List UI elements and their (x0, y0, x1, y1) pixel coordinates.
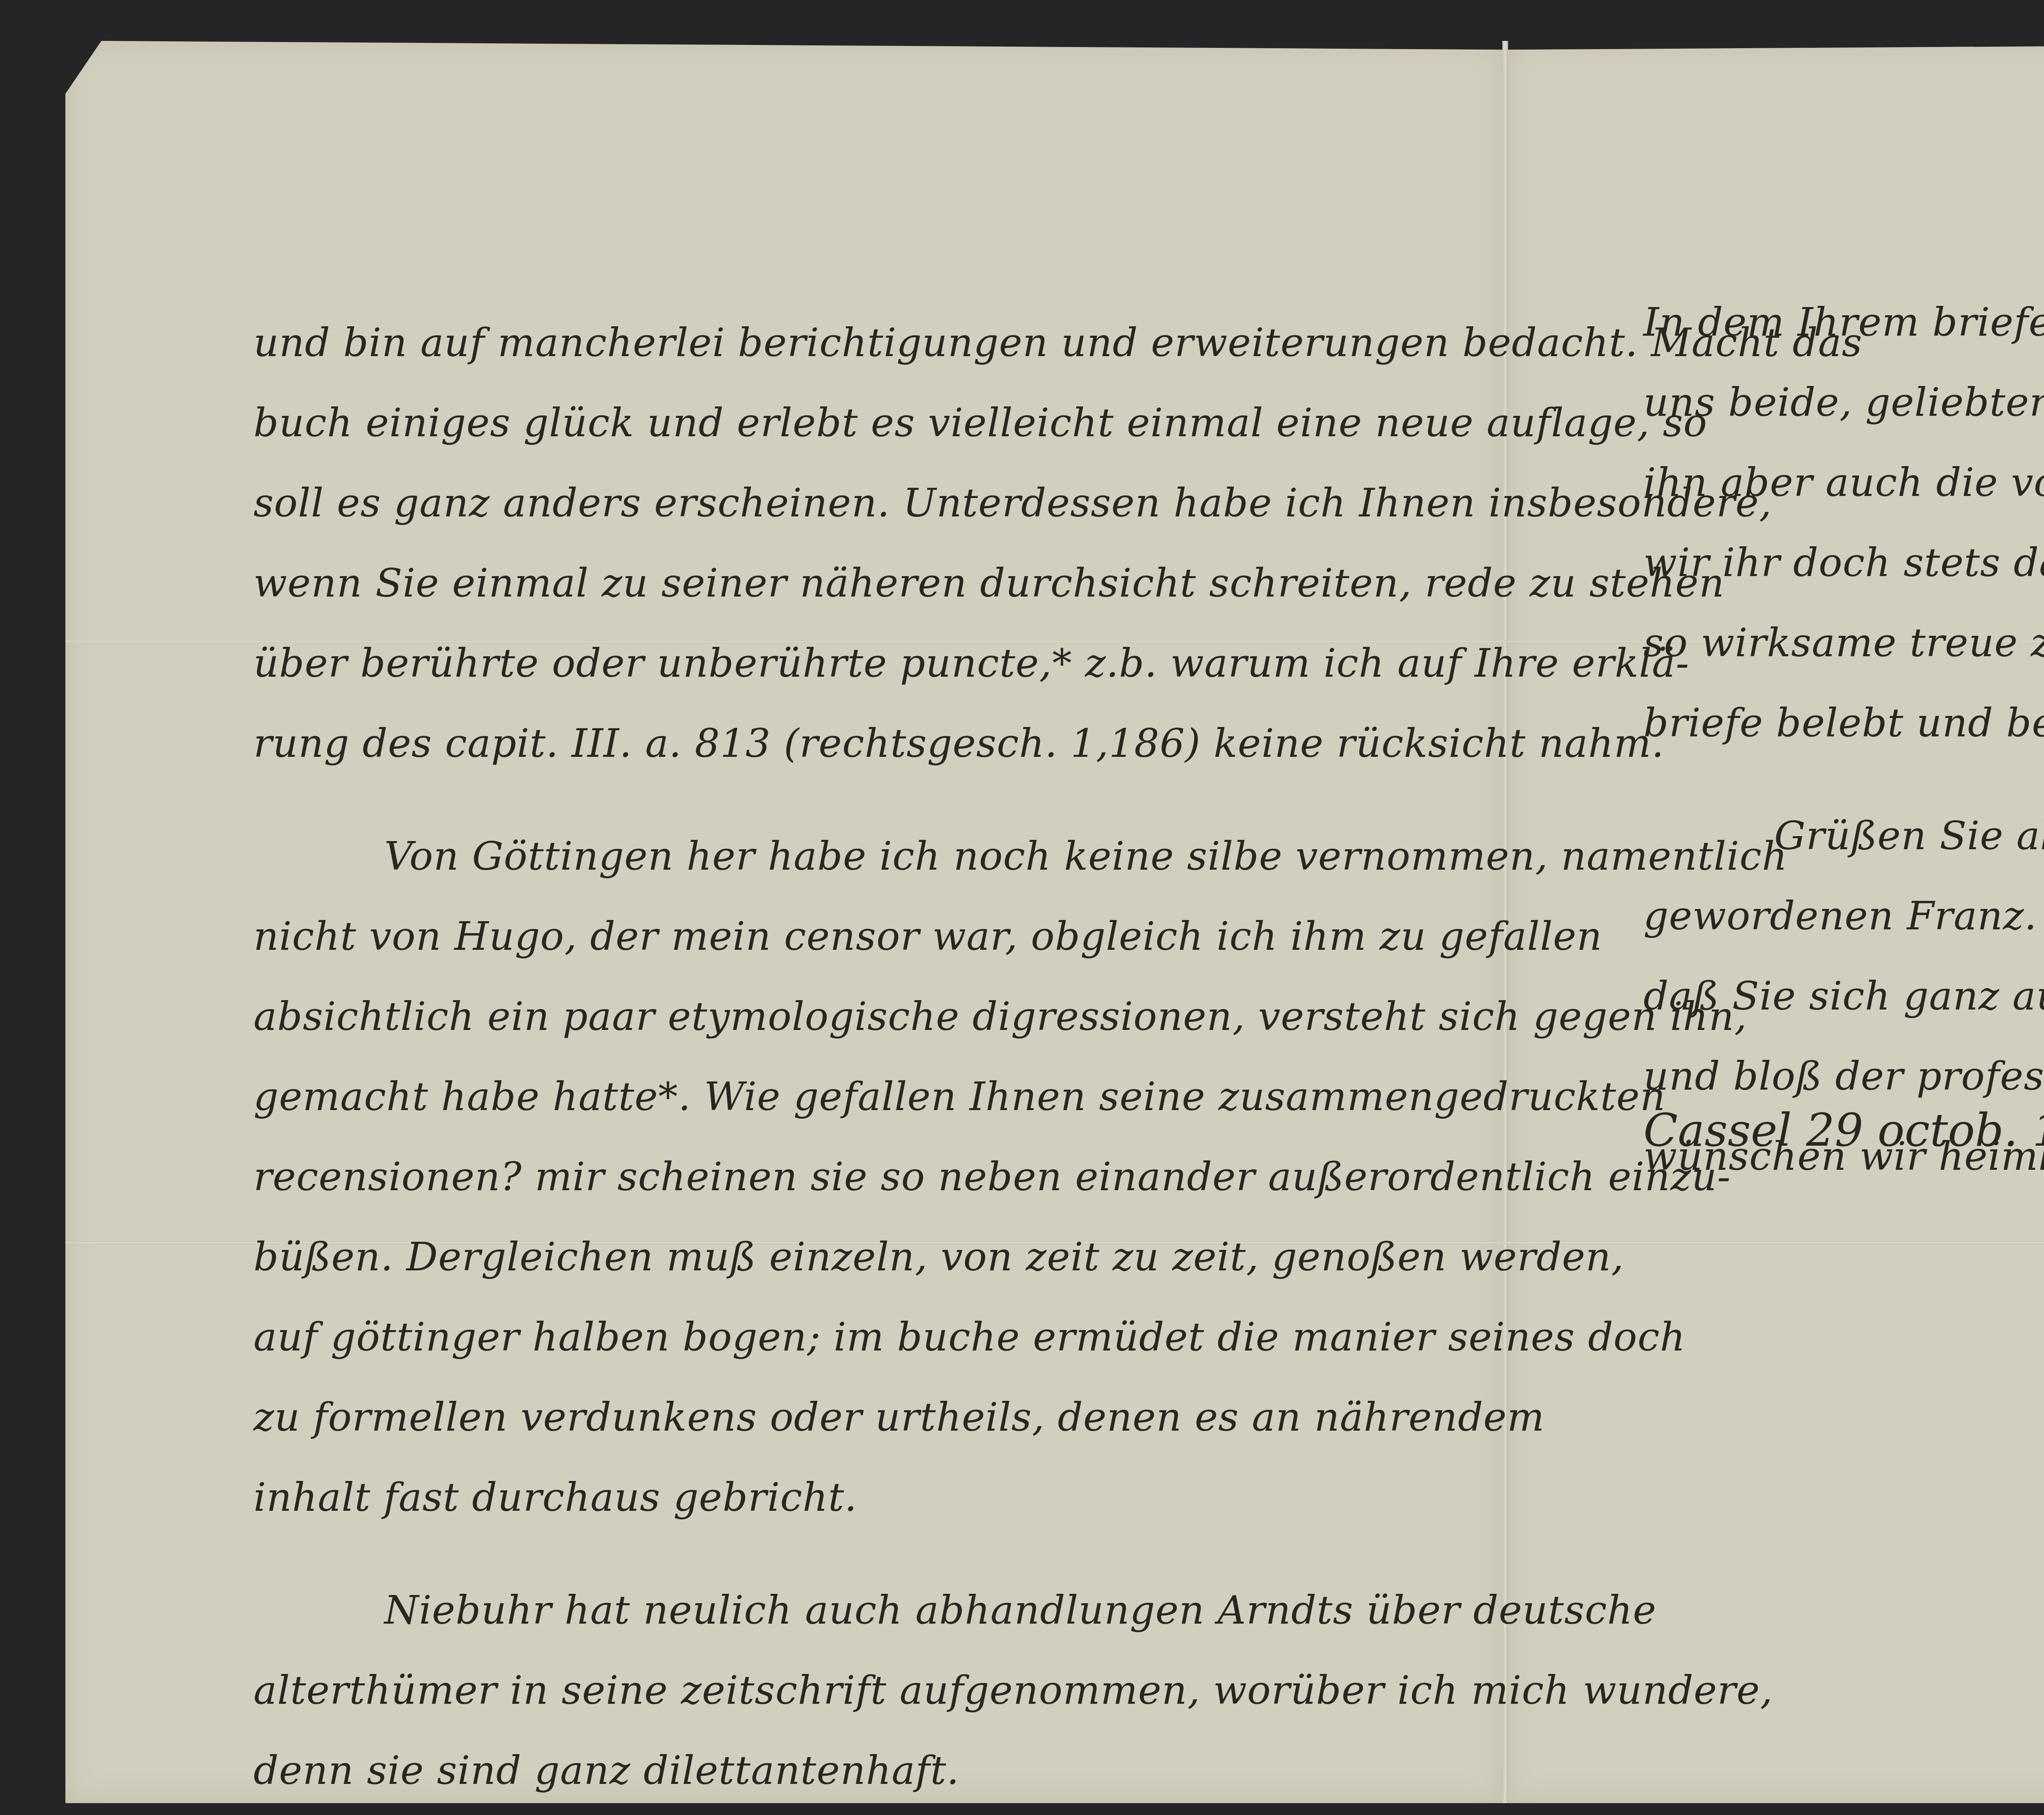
text-line: gemacht habe hatte*. Wie gefallen Ihnen … (253, 1057, 1480, 1137)
paragraph-2: Von Göttingen her habe ich noch keine si… (253, 816, 1480, 1537)
text-line: nicht von Hugo, der mein censor war, obg… (253, 896, 1480, 976)
text-line: uns beide, geliebter freund, in Ihre näh… (1643, 362, 2044, 442)
text-line: absichtlich ein paar etymologische digre… (253, 976, 1480, 1057)
text-line: Niebuhr hat neulich auch abhandlungen Ar… (253, 1570, 1480, 1650)
text-line: In dem Ihrem briefe geschieht auch wiede… (1643, 282, 2044, 362)
text-line: buch einiges glück und erlebt es viellei… (253, 383, 1480, 463)
paragraph-3: Niebuhr hat neulich auch abhandlungen Ar… (253, 1570, 1480, 1811)
text-line: recensionen? mir scheinen sie so neben e… (253, 1137, 1480, 1217)
dateline: Cassel 29 octob. 1826. (1643, 1104, 2044, 1156)
right-page-text: In dem Ihrem briefe geschieht auch wiede… (1643, 282, 2044, 1196)
text-line: Grüßen Sie alle die Ihrigen, zumal den u… (1643, 796, 2044, 876)
left-page-text: und bin auf mancherlei berichtigungen un… (253, 303, 1480, 1811)
text-line: auf göttinger halben bogen; im buche erm… (253, 1297, 1480, 1377)
text-line: zu formellen verdunkens oder urtheils, d… (253, 1377, 1480, 1457)
text-line: briefe belebt und befestigt seit der gan… (1643, 683, 2044, 763)
text-line: über berührte oder unberührte puncte,* z… (253, 623, 1480, 703)
text-line: soll es ganz anders erscheinen. Unterdes… (253, 463, 1480, 543)
text-line: und bin auf mancherlei berichtigungen un… (253, 303, 1480, 383)
text-line: denn sie sind ganz dilettantenhaft. (253, 1730, 1480, 1811)
paragraph-1: In dem Ihrem briefe geschieht auch wiede… (1643, 282, 2044, 763)
text-line: Von Göttingen her habe ich noch keine si… (253, 816, 1480, 896)
text-line: rung des capit. III. a. 813 (rechtsgesch… (253, 703, 1480, 783)
text-line: gewordenen Franz. Der himmel schütze Ihr… (1643, 876, 2044, 956)
text-line: daß Sie sich ganz aus dem staatsrath und… (1643, 956, 2044, 1036)
text-line: inhalt fast durchaus gebricht. (253, 1457, 1480, 1537)
paragraph-1: und bin auf mancherlei berichtigungen un… (253, 303, 1480, 783)
text-line: wenn Sie einmal zu seiner näheren durchs… (253, 543, 1480, 623)
text-line: ihn aber auch die vorsehung nicht gestat… (1643, 442, 2044, 523)
text-line: so wirksame treue zuneigung je zuwege ge… (1643, 603, 2044, 683)
text-line: büßen. Dergleichen muß einzeln, von zeit… (253, 1217, 1480, 1297)
text-line: wir ihr doch stets dafür danken, daß sie… (1643, 523, 2044, 603)
text-line: alterthümer in seine zeitschrift aufgeno… (253, 1650, 1480, 1730)
